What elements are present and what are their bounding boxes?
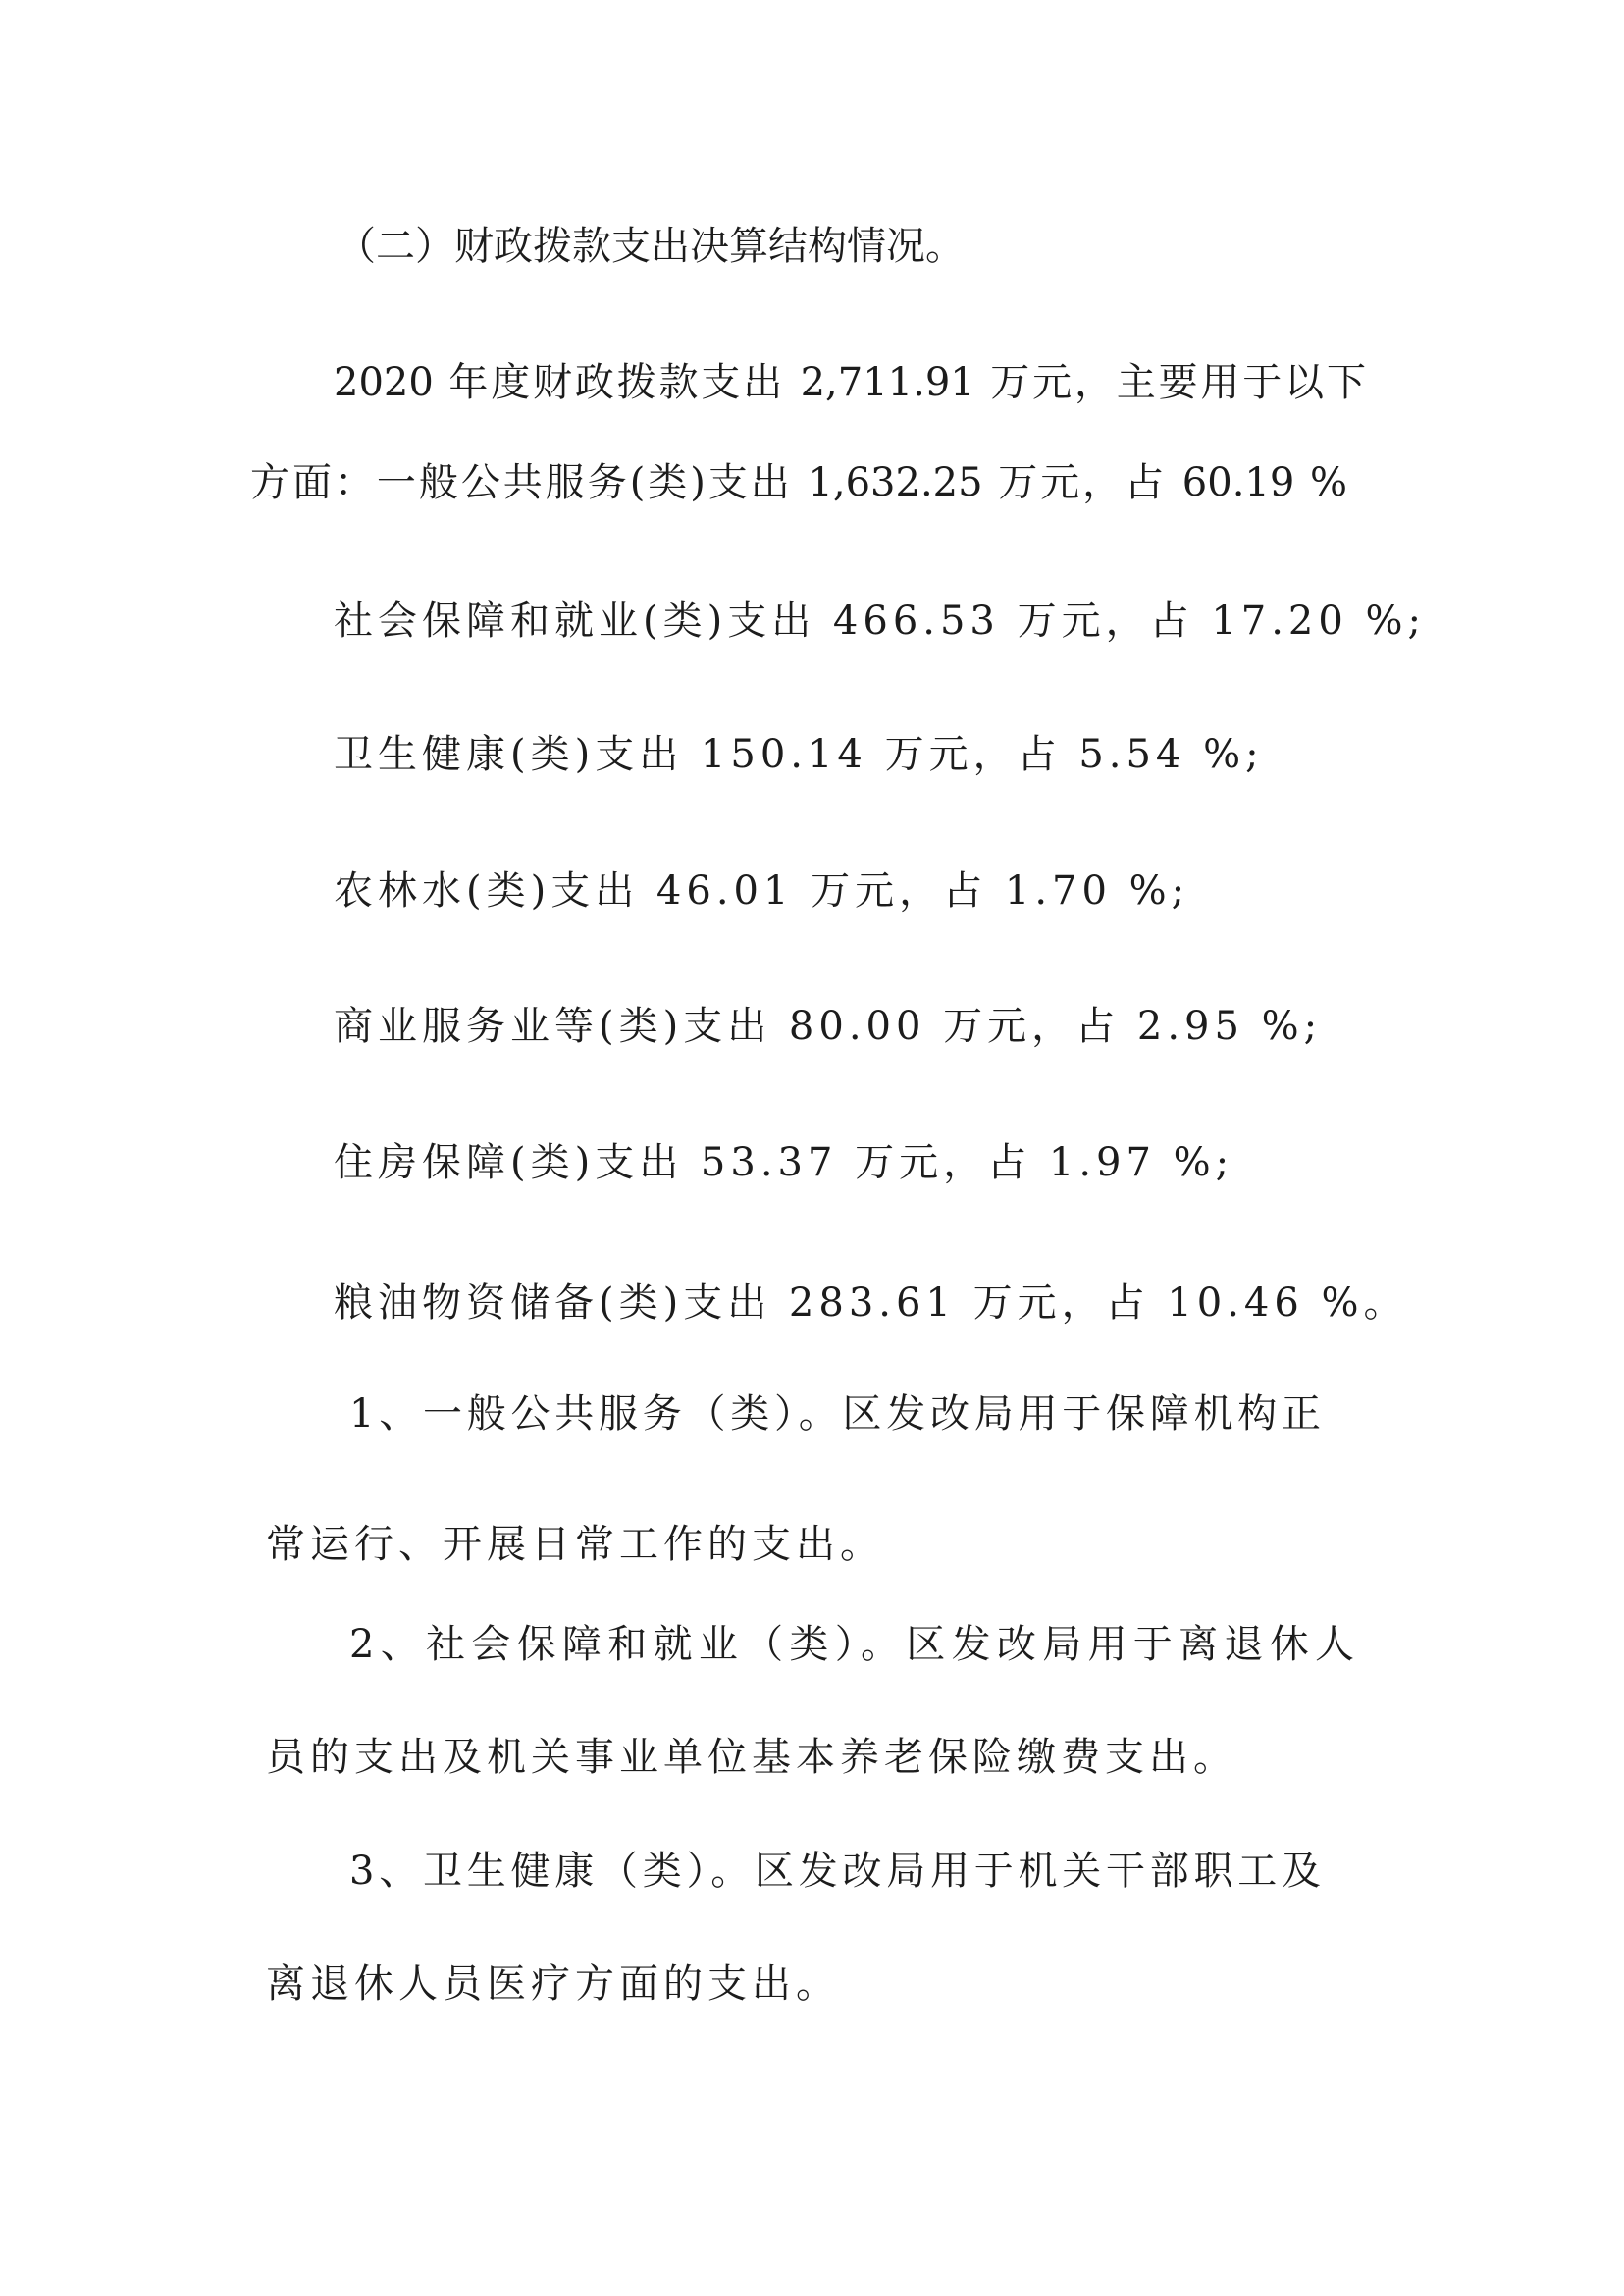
item-health: 卫生健康(类)支出 150.14 万元，占 5.54 %; — [334, 731, 1264, 778]
section-title: （二）财政拨款支出决算结构情况。 — [337, 223, 965, 270]
detail-2-line-1: 2、社会保障和就业（类）。区发改局用于离退休人 — [349, 1621, 1354, 1668]
item-commerce: 商业服务业等(类)支出 80.00 万元，占 2.95 %; — [334, 1003, 1322, 1050]
summary-line-1: 2020 年度财政拨款支出 2,711.91 万元，主要用于以下 — [334, 359, 1366, 406]
detail-3-line-2: 离退休人员医疗方面的支出。 — [266, 1960, 840, 2008]
detail-3-line-1: 3、卫生健康（类）。区发改局用于机关干部职工及 — [349, 1848, 1321, 1895]
summary-line-2: 方面：一般公共服务(类)支出 1,632.25 万元，占 60.19 % — [250, 459, 1347, 506]
item-grain-reserve: 粮油物资储备(类)支出 283.61 万元，占 10.46 %。 — [334, 1279, 1408, 1327]
detail-2-line-2: 员的支出及机关事业单位基本养老保险缴费支出。 — [266, 1734, 1237, 1781]
item-agriculture: 农林水(类)支出 46.01 万元，占 1.70 %; — [334, 867, 1189, 914]
detail-1-line-1: 1、一般公共服务（类）。区发改局用于保障机构正 — [349, 1390, 1321, 1437]
detail-1-line-2: 常运行、开展日常工作的支出。 — [266, 1521, 884, 1568]
item-social-security: 社会保障和就业(类)支出 466.53 万元，占 17.20 %; — [334, 598, 1426, 645]
item-housing: 住房保障(类)支出 53.37 万元，占 1.97 %; — [334, 1139, 1233, 1186]
